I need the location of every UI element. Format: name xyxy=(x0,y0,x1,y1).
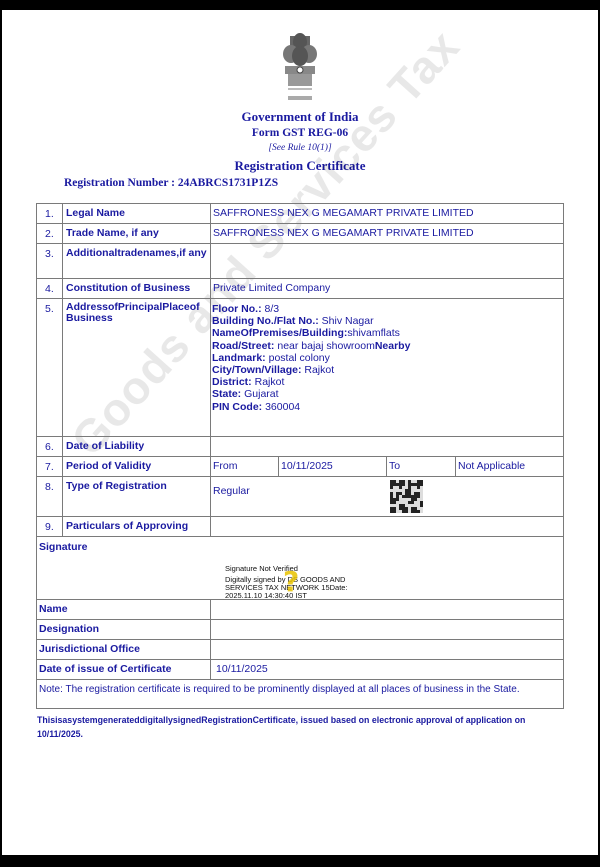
validity-to-value: Not Applicable xyxy=(458,460,525,472)
rule-reference: [See Rule 10(1)] xyxy=(0,143,600,153)
validity-from-label: From xyxy=(213,460,238,472)
footer-statement: ThisisasystemgenerateddigitallysignedReg… xyxy=(37,713,557,741)
qr-code-icon xyxy=(390,480,423,513)
address-value: Floor No.: 8/3 Building No./Flat No.: Sh… xyxy=(212,303,410,413)
trade-name-value: SAFFRONESS NEX G MEGAMART PRIVATE LIMITE… xyxy=(213,227,474,239)
form-name: Form GST REG-06 xyxy=(0,127,600,139)
legal-name-label: Legal Name xyxy=(66,207,125,219)
national-emblem-icon xyxy=(280,32,320,104)
issue-date-label: Date of issue of Certificate xyxy=(39,663,171,675)
validity-from-date: 10/11/2025 xyxy=(281,460,333,472)
type-of-registration-label: Type of Registration xyxy=(66,480,167,492)
trade-name-label: Trade Name, if any xyxy=(66,227,159,239)
validity-to-label: To xyxy=(389,460,400,472)
constitution-label: Constitution of Business xyxy=(66,282,190,294)
government-heading: Government of India xyxy=(0,109,600,125)
designation-label: Designation xyxy=(39,623,99,635)
jurisdictional-office-label: Jurisdictional Office xyxy=(39,643,140,655)
constitution-value: Private Limited Company xyxy=(213,282,330,294)
legal-name-value: SAFFRONESS NEX G MEGAMART PRIVATE LIMITE… xyxy=(213,207,474,219)
signature-unverified-icon: ? xyxy=(283,565,299,598)
period-of-validity-label: Period of Validity xyxy=(66,460,151,472)
additional-trade-names-label: Additionaltradenames,if any xyxy=(66,247,207,259)
type-of-registration-value: Regular xyxy=(213,485,250,497)
particulars-label: Particulars of Approving xyxy=(66,520,188,532)
issue-date-value: 10/11/2025 xyxy=(216,663,268,675)
display-note: Note: The registration certificate is re… xyxy=(39,684,520,695)
signature-label: Signature xyxy=(39,541,87,553)
registration-number: Registration Number : 24ABRCS1731P1ZS xyxy=(64,177,278,189)
address-label: AddressofPrincipalPlaceof Business xyxy=(66,302,206,324)
name-label: Name xyxy=(39,603,68,615)
date-of-liability-label: Date of Liability xyxy=(66,440,144,452)
